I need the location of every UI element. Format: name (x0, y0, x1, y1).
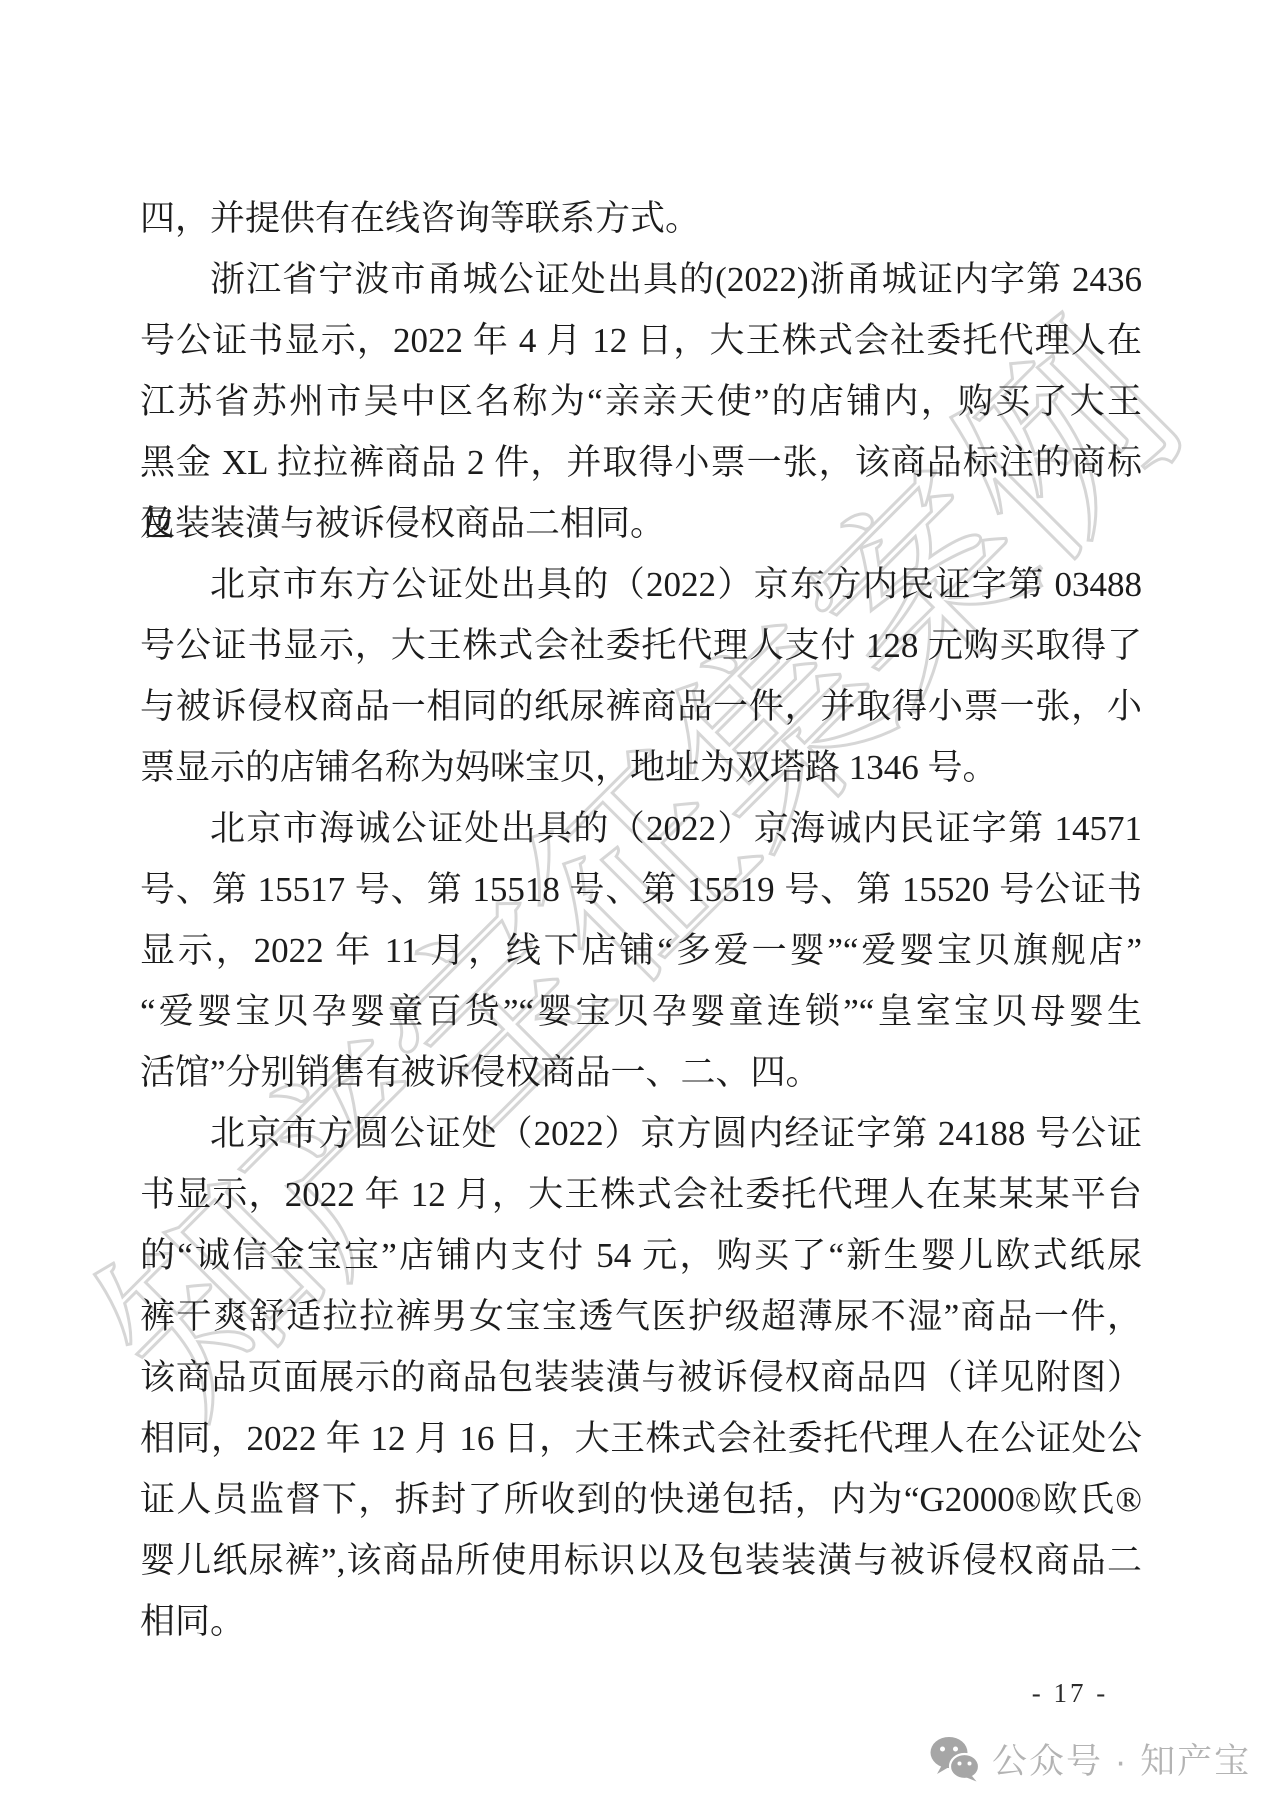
text-line: 黑金 XL 拉拉裤商品 2 件，并取得小票一张，该商品标注的商标及 (140, 432, 1142, 493)
text-line: 相同。 (140, 1591, 1142, 1652)
footer-branding: 公众号 · 知产宝 (930, 1733, 1251, 1785)
text-line: 浙江省宁波市甬城公证处出具的(2022)浙甬城证内字第 2436 (140, 249, 1142, 310)
text-line: 婴儿纸尿裤”,该商品所使用标识以及包装装潢与被诉侵权商品二 (140, 1530, 1142, 1591)
text-line: 江苏省苏州市吴中区名称为“亲亲天使”的店铺内，购买了大王 (140, 371, 1142, 432)
text-line: “爱婴宝贝孕婴童百货”“婴宝贝孕婴童连锁”“皇室宝贝母婴生 (140, 981, 1142, 1042)
text-line: 显示，2022 年 11 月，线下店铺“多爱一婴”“爱婴宝贝旗舰店” (140, 920, 1142, 981)
text-line: 号、第 15517 号、第 15518 号、第 15519 号、第 15520 … (140, 859, 1142, 920)
text-line: 号公证书显示，大王株式会社委托代理人支付 128 元购买取得了 (140, 615, 1142, 676)
text-line: 四，并提供有在线咨询等联系方式。 (140, 188, 1142, 249)
text-line: 书显示，2022 年 12 月，大王株式会社委托代理人在某某某平台 (140, 1164, 1142, 1225)
text-line: 相同，2022 年 12 月 16 日，大王株式会社委托代理人在公证处公 (140, 1408, 1142, 1469)
footer-label: 公众号 · 知产宝 (992, 1734, 1251, 1784)
text-line: 包装装潢与被诉侵权商品二相同。 (140, 493, 1142, 554)
text-line: 该商品页面展示的商品包装装潢与被诉侵权商品四（详见附图） (140, 1347, 1142, 1408)
text-line: 票显示的店铺名称为妈咪宝贝，地址为双塔路 1346 号。 (140, 737, 1142, 798)
text-line: 证人员监督下，拆封了所收到的快递包括，内为“G2000®欧氏® (140, 1469, 1142, 1530)
text-line: 北京市海诚公证处出具的（2022）京海诚内民证字第 14571 (140, 798, 1142, 859)
text-line: 北京市方圆公证处（2022）京方圆内经证字第 24188 号公证 (140, 1103, 1142, 1164)
text-line: 北京市东方公证处出具的（2022）京东方内民证字第 03488 (140, 554, 1142, 615)
text-line: 活馆”分别销售有被诉侵权商品一、二、四。 (140, 1042, 1142, 1103)
text-line: 的“诚信金宝宝”店铺内支付 54 元，购买了“新生婴儿欧式纸尿 (140, 1225, 1142, 1286)
judgment-body-text: 四，并提供有在线咨询等联系方式。浙江省宁波市甬城公证处出具的(2022)浙甬城证… (140, 188, 1142, 1652)
text-line: 与被诉侵权商品一相同的纸尿裤商品一件，并取得小票一张，小 (140, 676, 1142, 737)
text-line: 裤干爽舒适拉拉裤男女宝宝透气医护级超薄尿不湿”商品一件， (140, 1286, 1142, 1347)
text-line: 号公证书显示，2022 年 4 月 12 日，大王株式会社委托代理人在 (140, 310, 1142, 371)
wechat-icon (930, 1736, 980, 1782)
page-number: - 17 - (1005, 1678, 1135, 1709)
document-page: 知产宝征集案例 四，并提供有在线咨询等联系方式。浙江省宁波市甬城公证处出具的(2… (0, 0, 1280, 1810)
